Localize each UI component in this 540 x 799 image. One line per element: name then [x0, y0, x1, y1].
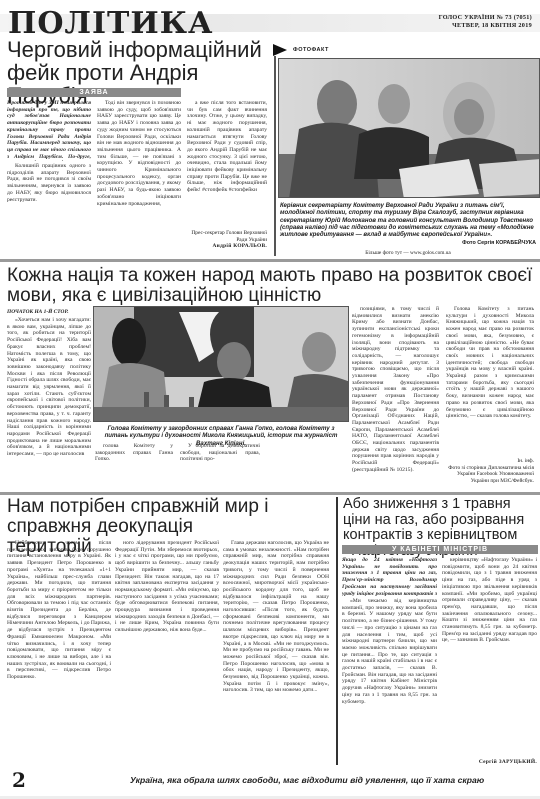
- article3-col3: Глава держави наголосив, що Україна не с…: [223, 540, 329, 765]
- footer-slogan: Україна, яка обрала шлях свободи, має ві…: [130, 775, 530, 785]
- article1-col1: Колишній працівник одного з підрозділів …: [7, 163, 91, 253]
- photo-three-people-icon: [279, 59, 540, 198]
- article1-lead: Протягом дня у ЗМІ поширилася інформація…: [7, 100, 91, 161]
- article4-col1: «Ми чекаємо від керівництва компанії, пр…: [342, 598, 437, 765]
- article2-photo: [93, 306, 349, 422]
- masthead: ГОЛОС УКРАЇНИ № 73 (7051) ЧЕТВЕР, 18 КВІ…: [439, 14, 532, 29]
- photofact-photo: [278, 58, 540, 198]
- article2-col5: Голова Комітету з питань культури і духо…: [446, 306, 534, 456]
- section-title: ПОЛІТИКА: [8, 6, 213, 41]
- divider: [0, 259, 540, 262]
- article2-continued: ПОЧАТОК НА 1-Й СТОР.: [7, 309, 69, 315]
- photofact-credit: Фото Сергія КОРАБЕЙЧУКА: [280, 240, 536, 247]
- article4-signature: Сергій ЗАРУЦЬКИЙ.: [442, 759, 537, 766]
- article1-signature: Прес-секретар Голови Верховної Ради Укра…: [187, 230, 267, 250]
- article2-col2: голова Комітету у закордонних справах Га…: [95, 443, 173, 483]
- article2-col4: позиціями, в тому числі й відмовилися ви…: [352, 306, 439, 491]
- photofact-label: ФОТОФАКТ: [293, 47, 329, 53]
- page-number: 2: [12, 768, 26, 792]
- article3-col1: Найближчим часом після президентських ви…: [7, 540, 111, 765]
- article4-rubric: У КАБІНЕТІ МІНІСТРІВ: [342, 545, 538, 554]
- article1-rubric: ЗАЯВА: [7, 88, 181, 97]
- article2-col1: «Хочеться нам і хочу нагадати: в якою ва…: [7, 317, 91, 493]
- article3-col2: ного лідерування президент Російської Фе…: [115, 540, 219, 765]
- flag-icon: [273, 44, 287, 56]
- photofact-border: [274, 56, 276, 256]
- photofact-more-link[interactable]: Більше фото тут — www.golos.com.ua: [280, 250, 536, 256]
- photo-committee-hearing-icon: [94, 307, 349, 422]
- divider: [0, 492, 540, 495]
- article2-credits: Ін. інф. Фото зі сторінки Дипломатична м…: [446, 458, 534, 484]
- masthead-issue: ГОЛОС УКРАЇНИ № 73 (7051): [439, 14, 532, 22]
- article4-border: [336, 497, 338, 765]
- article4-lead: Якщо до 24 квітня «Нафтогаз України» не …: [342, 557, 437, 597]
- article1-col2: Тоді він звернувся із позовною заявою до…: [97, 100, 181, 258]
- photofact-caption: Керівник секретаріату Комітету Верховної…: [280, 202, 536, 238]
- article2-headline: Кожна нація та кожен народ мають право н…: [7, 266, 537, 306]
- masthead-date: ЧЕТВЕР, 18 КВІТНЯ 2019: [439, 22, 532, 30]
- article1-col3: а вже після того встановити, чи був сам …: [187, 100, 267, 228]
- article2-col3: У боротьбі за демократичні свободи, наці…: [180, 443, 260, 483]
- article4-col2: керівництву «Нафтогазу України» і повідо…: [442, 557, 537, 757]
